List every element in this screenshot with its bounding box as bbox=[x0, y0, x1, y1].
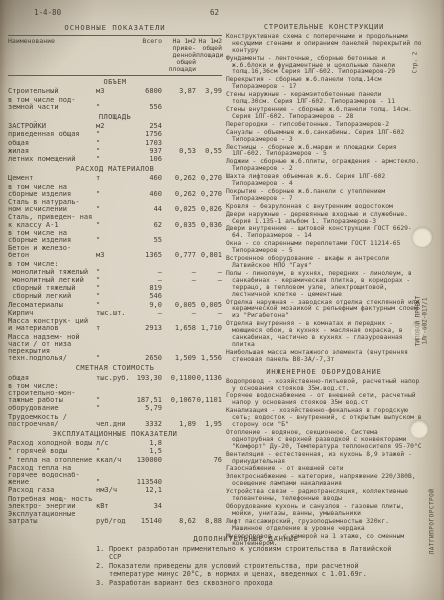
row-total-value: 187,51 bbox=[126, 397, 162, 404]
row-per-m2-total-value: 8,88 bbox=[196, 518, 222, 525]
note-number: 1. bbox=[96, 546, 109, 561]
row-name: Кирпич bbox=[8, 310, 96, 317]
construction-item: Полы - линолеум, в кухнях, передних - ли… bbox=[226, 271, 422, 299]
row-per-m2-total-value: 0,005 bbox=[196, 302, 222, 309]
row-total-value: 3332 bbox=[126, 421, 162, 428]
engineering-item: Оборудование кухонь и санузлов - газовые… bbox=[226, 504, 422, 518]
row-per-m2-reduced-value: – bbox=[162, 310, 196, 317]
note-item: 1.Проект разработан применительно к усло… bbox=[96, 546, 396, 561]
row-name: Расход тепла на горячее водоснаб- жение bbox=[8, 465, 96, 487]
note-item: 3.Разработан вариант без сквозного прохо… bbox=[96, 580, 396, 587]
row-name: оборудование bbox=[8, 405, 96, 412]
row-total-value: – bbox=[126, 269, 162, 276]
table-row: приведенная общая"1756 bbox=[8, 131, 222, 138]
row-per-m2-reduced-value: 3,87 bbox=[162, 88, 196, 95]
row-per-m2-reduced-value: 0,777 bbox=[162, 252, 196, 259]
row-total-value: 62 bbox=[126, 222, 162, 229]
row-unit: л/с bbox=[96, 440, 126, 447]
table-row: Трудоемкость /построечная/чел.дни33321,8… bbox=[8, 414, 222, 428]
note-number: 2. bbox=[96, 563, 109, 578]
margin-page-label: Стр. 2 bbox=[411, 52, 418, 74]
row-unit: чел.дни bbox=[96, 421, 126, 428]
table-row: ЗАСТРОЙКИм2254 bbox=[8, 123, 222, 130]
construction-item: Конструктивная схема с поперечными и про… bbox=[226, 34, 422, 55]
row-total-value: 254 bbox=[126, 123, 162, 130]
punch-hole bbox=[410, 324, 425, 339]
row-per-m2-reduced-value: 1,509 bbox=[162, 355, 196, 362]
table-row: Масса конструк- ций и материаловт29131,6… bbox=[8, 318, 222, 332]
row-name: сборный тяжелый bbox=[8, 285, 96, 292]
construction-item: Лестницы - сборные ж.б.марши и площадки … bbox=[226, 145, 422, 159]
margin-organization: ЛАТГИПРОГОРСТРОЙ bbox=[428, 489, 435, 555]
row-unit: " bbox=[96, 222, 126, 229]
row-unit: " bbox=[96, 148, 126, 155]
row-per-m2-reduced-value: 0,005 bbox=[162, 302, 196, 309]
row-total-value: 556 bbox=[126, 104, 162, 111]
row-per-m2-total-value: 1,95 bbox=[196, 421, 222, 428]
row-per-m2-total-value: 1,556 bbox=[196, 355, 222, 362]
row-per-m2-total-value: – bbox=[196, 310, 222, 317]
construction-item: Стены наружные - керамзитобетонные панел… bbox=[226, 92, 422, 106]
row-unit: тыс.руб. bbox=[96, 375, 126, 382]
construction-item: Кровля - безрулонная с внутренним водост… bbox=[226, 204, 422, 211]
row-name: монолитный легкий bbox=[8, 277, 96, 284]
table-section-heading: РАСХОД МАТЕРИАЛОВ bbox=[8, 166, 222, 173]
row-unit: нм3/ч bbox=[96, 487, 126, 494]
row-per-m2-reduced-value: 0,1100 bbox=[162, 375, 196, 382]
table-row: жилая"9370,530,55 bbox=[8, 148, 222, 155]
construction-item: Отделка внутренняя - в комнатах и передн… bbox=[226, 321, 422, 349]
additional-data-list: 1.Проект разработан применительно к усло… bbox=[96, 546, 396, 587]
note-number: 3. bbox=[96, 580, 109, 587]
table-section-heading: ЭКСПЛУАТАЦИОННЫЕ ПОКАЗАТЕЛИ bbox=[8, 431, 222, 438]
table-row: Эксплуатационные затратыруб/год151408,62… bbox=[8, 511, 222, 525]
row-unit: " bbox=[96, 285, 126, 292]
indicators-table: ОСНОВНЫЕ ПОКАЗАТЕЛИ Наименование Всего Н… bbox=[8, 24, 222, 525]
row-per-m2-total-value: – bbox=[196, 269, 222, 276]
engineering-item: Лифт пассажирский, грузоподъемностью 320… bbox=[226, 519, 422, 533]
row-per-m2-total-value: 0,270 bbox=[196, 191, 222, 198]
construction-item: Стены внутренние - сборные ж.б.панели то… bbox=[226, 107, 422, 121]
construction-item: Шахта лифтовая объемная ж.б. Серия 1ЛГ-6… bbox=[226, 174, 422, 188]
col-header-name: Наименование bbox=[8, 38, 96, 45]
row-per-m2-total-value: 76 bbox=[196, 457, 222, 464]
row-unit: " bbox=[96, 156, 126, 163]
row-name: летних помещений bbox=[8, 156, 96, 163]
row-per-m2-total-value: 0,1136 bbox=[196, 375, 222, 382]
row-per-m2-reduced-value: 0,262 bbox=[162, 175, 196, 182]
construction-item: Наибольшая масса монтажного элемента (вн… bbox=[226, 350, 422, 364]
note-item: 2.Показатели приведены для условий строи… bbox=[96, 563, 396, 578]
col-header-total: Всего bbox=[126, 38, 162, 45]
row-total-value: 106 bbox=[126, 156, 162, 163]
row-per-m2-total-value: 0,270 bbox=[196, 175, 222, 182]
construction-item: Встроенное оборудование - шкафы и антрес… bbox=[226, 256, 422, 270]
table-row: Сталь в натураль- ном исчислении"440,025… bbox=[8, 199, 222, 213]
additional-data: ДОПОЛНИТЕЛЬНЫЕ ДАННЫЕ 1.Проект разработа… bbox=[96, 536, 396, 589]
row-name: приведенная общая bbox=[8, 131, 96, 138]
construction-item: Перекрытия - сборные ж.б.панели толщ.14с… bbox=[226, 77, 422, 91]
construction-item: Фундаменты - ленточные, сборные бетонные… bbox=[226, 56, 422, 77]
row-name: Сталь, приведен- ная к классу А-1 bbox=[8, 214, 96, 228]
row-unit: " bbox=[96, 237, 126, 244]
row-name: в том числе: bbox=[8, 261, 96, 268]
row-per-m2-reduced-value: 8,62 bbox=[162, 518, 196, 525]
row-total-value: 1,8 bbox=[126, 440, 162, 447]
row-unit: " bbox=[96, 397, 126, 404]
construction-item: Двери внутренние - щитовой конструкции Г… bbox=[226, 226, 422, 240]
row-unit: т bbox=[96, 325, 126, 332]
table-section-heading: ПЛОЩАДЬ bbox=[8, 114, 222, 121]
construction-item: Лоджии - сборные ж.б.плиты, ограждения -… bbox=[226, 159, 422, 173]
construction-item: Отделка наружная - заводская отделка сте… bbox=[226, 300, 422, 321]
indicators-table-header: Наименование Всего На 1м2 приве- денной … bbox=[8, 35, 222, 76]
row-name: Бетон и железо- бетон bbox=[8, 245, 96, 259]
engineering-list: Водопровод - хозяйственно-питьевой, расч… bbox=[226, 379, 422, 548]
descriptions-column: СТРОИТЕЛЬНЫЕ КОНСТРУКЦИИ Конструктивная … bbox=[226, 24, 422, 548]
row-per-m2-total-value: 0,026 bbox=[196, 206, 222, 213]
table-row: монолитный тяжелый"––– bbox=[8, 269, 222, 276]
row-name: Цемент bbox=[8, 175, 96, 182]
row-total-value: 55 bbox=[126, 237, 162, 244]
table-row: в том числе под- земной части"556 bbox=[8, 97, 222, 111]
row-total-value: 130000 bbox=[126, 457, 162, 464]
engineering-item: Отопление - водяное, секционное. Система… bbox=[226, 430, 422, 451]
row-total-value: 937 bbox=[126, 148, 162, 155]
row-name: общая bbox=[8, 375, 96, 382]
row-total-value: 193,30 bbox=[126, 375, 162, 382]
row-unit: т bbox=[96, 175, 126, 182]
row-name: ЗАСТРОЙКИ bbox=[8, 123, 96, 130]
row-name: Расход газа bbox=[8, 487, 96, 494]
row-per-m2-reduced-value: 0,262 bbox=[162, 191, 196, 198]
table-row: общаятыс.руб.193,300,11000,1136 bbox=[8, 375, 222, 382]
row-total-value: 113540 bbox=[126, 479, 162, 486]
row-unit: " bbox=[96, 140, 126, 147]
row-per-m2-total-value: 3,99 bbox=[196, 88, 222, 95]
row-name: в том числе на сборные изделия bbox=[8, 184, 96, 198]
table-row: " тепла на отоплениеккал/ч13000076 bbox=[8, 457, 222, 464]
row-per-m2-reduced-value: – bbox=[162, 277, 196, 284]
table-row: оборудование"5,79 bbox=[8, 405, 222, 412]
row-name: Масса конструк- ций и материалов bbox=[8, 318, 96, 332]
row-total-value: 460 bbox=[126, 191, 162, 198]
row-total-value: 1365 bbox=[126, 252, 162, 259]
row-total-value: 5,79 bbox=[126, 405, 162, 412]
row-unit: м2 bbox=[96, 123, 126, 130]
table-section-heading: ОБЪЕМ bbox=[8, 79, 222, 86]
row-unit: " bbox=[96, 293, 126, 300]
row-name: Расход холодной воды bbox=[8, 440, 96, 447]
table-row: монолитный легкий"––– bbox=[8, 277, 222, 284]
row-name: Масса надзем- ной части / от низа перекр… bbox=[8, 334, 96, 363]
row-unit: " bbox=[96, 277, 126, 284]
row-name: Эксплуатационные затраты bbox=[8, 511, 96, 525]
row-unit: " bbox=[96, 131, 126, 138]
row-per-m2-total-value: 0,801 bbox=[196, 252, 222, 259]
table-row: летних помещений"106 bbox=[8, 156, 222, 163]
engineering-title: ИНЖЕНЕРНОЕ ОБОРУДОВАНИЕ bbox=[226, 369, 422, 376]
row-name: " тепла на отопление bbox=[8, 457, 96, 464]
row-unit: " bbox=[96, 206, 126, 213]
constructions-title: СТРОИТЕЛЬНЫЕ КОНСТРУКЦИИ bbox=[226, 24, 422, 31]
table-row: Кирпичтыс.шт.––– bbox=[8, 310, 222, 317]
row-name: Трудоемкость /построечная/ bbox=[8, 414, 96, 428]
row-name: монолитный тяжелый bbox=[8, 269, 96, 276]
table-row: Масса надзем- ной части / от низа перекр… bbox=[8, 334, 222, 363]
page-number: 62 bbox=[210, 8, 219, 17]
row-total-value: 2650 bbox=[126, 355, 162, 362]
table-row: сборный легкий"546 bbox=[8, 293, 222, 300]
construction-item: Покрытие - сборные ж.б.панели с утеплени… bbox=[226, 189, 422, 203]
row-per-m2-reduced-value: 0,53 bbox=[162, 148, 196, 155]
row-total-value: 15140 bbox=[126, 518, 162, 525]
row-unit: ккал/ч bbox=[96, 457, 126, 464]
table-row: общая"1703 bbox=[8, 140, 222, 147]
row-per-m2-total-value: 1,710 bbox=[196, 325, 222, 332]
row-per-m2-total-value: 0,1101 bbox=[196, 397, 222, 404]
row-total-value: 6800 bbox=[126, 88, 162, 95]
row-name: Строительный bbox=[8, 88, 96, 95]
row-name: общая bbox=[8, 140, 96, 147]
construction-item: Санузлы - объемные ж.б.санкабины. Серия … bbox=[226, 130, 422, 144]
row-per-m2-reduced-value: 1,89 bbox=[162, 421, 196, 428]
row-name: в том числе: строительно-мон- тажные раб… bbox=[8, 383, 96, 405]
row-total-value: 12,1 bbox=[126, 487, 162, 494]
row-unit: м3 bbox=[96, 252, 126, 259]
table-row: Потребная мощ- ность электро- энергиикВт… bbox=[8, 496, 222, 510]
row-per-m2-reduced-value: 0,025 bbox=[162, 206, 196, 213]
row-name: " горячей воды bbox=[8, 448, 96, 455]
row-name: в том числе под- земной части bbox=[8, 97, 96, 111]
row-unit: " bbox=[96, 269, 126, 276]
row-per-m2-reduced-value: 0,1067 bbox=[162, 397, 196, 404]
row-per-m2-total-value: – bbox=[196, 277, 222, 284]
table-row: в том числе на сборные изделия"4600,2620… bbox=[8, 184, 222, 198]
row-total-value: 460 bbox=[126, 175, 162, 182]
row-unit: " bbox=[96, 355, 126, 362]
row-total-value: 44 bbox=[126, 206, 162, 213]
document-code: 1-4-80 bbox=[34, 8, 61, 17]
constructions-list: Конструктивная схема с поперечными и про… bbox=[226, 34, 422, 364]
row-unit: " bbox=[96, 479, 126, 486]
row-total-value: 34 bbox=[126, 503, 162, 510]
row-per-m2-reduced-value: – bbox=[162, 269, 196, 276]
row-unit: м3 bbox=[96, 88, 126, 95]
table-row: Сталь, приведен- ная к классу А-1"620,03… bbox=[8, 214, 222, 228]
row-name: Потребная мощ- ность электро- энергии bbox=[8, 496, 96, 510]
engineering-item: Канализация - хозяйственно-фекальная в г… bbox=[226, 408, 422, 429]
row-unit: тыс.шт. bbox=[96, 310, 126, 317]
note-text: Проект разработан применительно к услови… bbox=[109, 546, 396, 561]
table-row: Расход тепла на горячее водоснаб- жение"… bbox=[8, 465, 222, 487]
margin-project-code: 1Лг-602-017/1 bbox=[421, 296, 428, 347]
indicators-table-title: ОСНОВНЫЕ ПОКАЗАТЕЛИ bbox=[8, 24, 222, 31]
indicators-table-body: ОБЪЕМСтроительныйм368003,873,99в том чис… bbox=[8, 79, 222, 525]
engineering-item: Горячее водоснабжение - от внешней сети,… bbox=[226, 393, 422, 407]
row-unit: кВт bbox=[96, 503, 126, 510]
row-total-value: 1756 bbox=[126, 131, 162, 138]
note-text: Показатели приведены для условий строите… bbox=[109, 563, 396, 578]
table-row: " горячей воды"1,5 bbox=[8, 448, 222, 455]
table-section-heading: СМЕТНАЯ СТОИМОСТЬ bbox=[8, 365, 222, 372]
row-total-value: – bbox=[126, 277, 162, 284]
row-total-value: 819 bbox=[126, 285, 162, 292]
row-per-m2-reduced-value: 0,035 bbox=[162, 222, 196, 229]
row-total-value: 1703 bbox=[126, 140, 162, 147]
row-name: в том числе на сборные изделия bbox=[8, 230, 96, 244]
table-row: Расход газанм3/ч12,1 bbox=[8, 487, 222, 494]
construction-item: Окна - со спаренными переплетами ГОСТ 11… bbox=[226, 241, 422, 255]
table-row: сборный тяжелый"819 bbox=[8, 285, 222, 292]
note-text: Разработан вариант без сквозного прохода bbox=[109, 580, 396, 587]
punch-hole bbox=[410, 420, 428, 438]
table-row: Бетон и железо- бетонм313650,7770,801 bbox=[8, 245, 222, 259]
row-unit: " bbox=[96, 405, 126, 412]
row-per-m2-total-value: 0,036 bbox=[196, 222, 222, 229]
row-unit: " bbox=[96, 302, 126, 309]
table-row: Цементт4600,2620,270 bbox=[8, 175, 222, 182]
row-unit: " bbox=[96, 191, 126, 198]
row-per-m2-reduced-value: 1,658 bbox=[162, 325, 196, 332]
row-unit: руб/год bbox=[96, 518, 126, 525]
row-total-value: 2913 bbox=[126, 325, 162, 332]
additional-data-title: ДОПОЛНИТЕЛЬНЫЕ ДАННЫЕ bbox=[96, 536, 396, 543]
engineering-item: Вентиляция - естественная, из кухонь 8,9… bbox=[226, 452, 422, 466]
engineering-item: Электроснабжение - категория, напряжение… bbox=[226, 474, 422, 488]
row-total-value: 1,5 bbox=[126, 448, 162, 455]
engineering-item: Устройства связи - радиотрансляция, колл… bbox=[226, 489, 422, 503]
scanned-document-page: 1-4-80 62 ОСНОВНЫЕ ПОКАЗАТЕЛИ Наименован… bbox=[0, 0, 444, 600]
table-row: Лесоматериалы"9,00,0050,005 bbox=[8, 302, 222, 309]
col-header-per-m2-reduced: На 1м2 приве- денной общей площади bbox=[162, 38, 196, 73]
col-header-per-m2-total: На 1м2 общей площади bbox=[196, 38, 222, 59]
row-unit: " bbox=[96, 448, 126, 455]
table-row: в том числе: bbox=[8, 261, 222, 268]
table-row: Расход холодной водыл/с1,8 bbox=[8, 440, 222, 447]
table-row: в том числе: строительно-мон- тажные раб… bbox=[8, 383, 222, 405]
punch-hole bbox=[412, 227, 432, 247]
row-total-value: 546 bbox=[126, 293, 162, 300]
row-total-value: – bbox=[126, 310, 162, 317]
row-name: Сталь в натураль- ном исчислении bbox=[8, 199, 96, 213]
row-name: жилая bbox=[8, 148, 96, 155]
construction-item: Двери наружные - деревянные входные и сл… bbox=[226, 212, 422, 226]
row-unit: " bbox=[96, 104, 126, 111]
row-name: сборный легкий bbox=[8, 293, 96, 300]
table-row: в том числе на сборные изделия"55 bbox=[8, 230, 222, 244]
row-per-m2-total-value: 0,55 bbox=[196, 148, 222, 155]
construction-item: Перегородки - гипсобетонные. Типоразмеро… bbox=[226, 122, 422, 129]
engineering-item: Водопровод - хозяйственно-питьевой, расч… bbox=[226, 379, 422, 393]
row-name: Лесоматериалы bbox=[8, 302, 96, 309]
row-total-value: 9,0 bbox=[126, 302, 162, 309]
table-row: Строительныйм368003,873,99 bbox=[8, 88, 222, 95]
